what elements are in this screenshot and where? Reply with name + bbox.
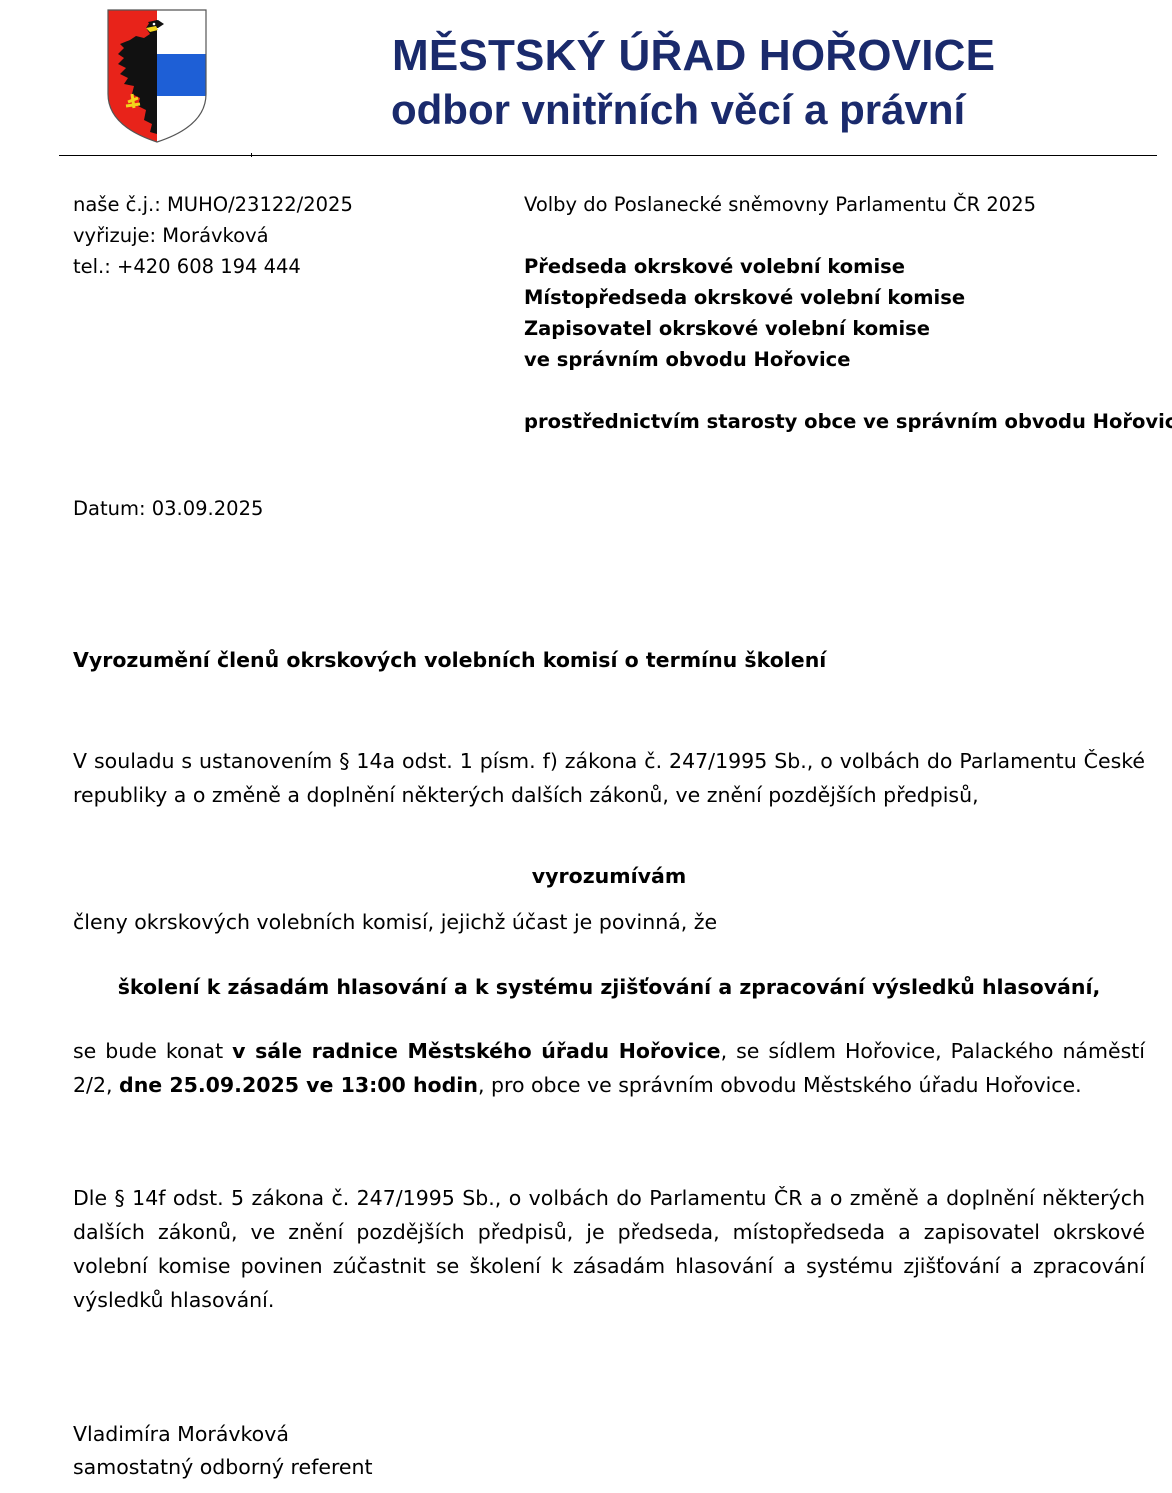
reference-number: naše č.j.: MUHO/23122/2025 xyxy=(73,189,353,220)
document-subject: Vyrozumění členů okrskových volebních ko… xyxy=(73,645,826,676)
recipient-district: ve správním obvodu Hořovice xyxy=(524,344,1172,375)
signer-name: Vladimíra Morávková xyxy=(73,1418,373,1451)
handled-by: vyřizuje: Morávková xyxy=(73,220,353,251)
recipient-chairman: Předseda okrskové volební komise xyxy=(524,251,1172,282)
training-venue: v sále radnice Městského úřadu Hořovice xyxy=(232,1039,720,1063)
recipient-recorder: Zapisovatel okrskové volební komise xyxy=(524,313,1172,344)
document-date: Datum: 03.09.2025 xyxy=(73,493,263,524)
horovice-coat-of-arms-icon xyxy=(106,8,208,144)
header-divider xyxy=(59,155,1157,156)
office-title: MĚSTSKÝ ÚŘAD HOŘOVICE xyxy=(392,30,1032,82)
addressee-block: Volby do Poslanecké sněmovny Parlamentu … xyxy=(524,189,1172,437)
obligation-paragraph: Dle § 14f odst. 5 zákona č. 247/1995 Sb.… xyxy=(73,1181,1145,1317)
election-subject: Volby do Poslanecké sněmovny Parlamentu … xyxy=(524,189,1172,220)
legal-basis-paragraph: V souladu s ustanovením § 14a odst. 1 pí… xyxy=(73,744,1145,812)
signature-block: Vladimíra Morávková samostatný odborný r… xyxy=(73,1418,373,1484)
text: se bude konat xyxy=(73,1039,232,1063)
signer-role: samostatný odborný referent xyxy=(73,1451,373,1484)
phone-number: tel.: +420 608 194 444 xyxy=(73,251,353,282)
reference-block: naše č.j.: MUHO/23122/2025 vyřizuje: Mor… xyxy=(73,189,353,282)
training-title: školení k zásadám hlasování a k systému … xyxy=(73,970,1145,1004)
divider-tick xyxy=(251,153,252,157)
delivery-via: prostřednictvím starosty obce ve správní… xyxy=(524,406,1172,437)
recipient-vice-chairman: Místopředseda okrskové volební komise xyxy=(524,282,1172,313)
training-datetime: dne 25.09.2025 ve 13:00 hodin xyxy=(119,1073,478,1097)
training-details-paragraph: se bude konat v sále radnice Městského ú… xyxy=(73,1034,1145,1102)
department-title: odbor vnitřních věcí a právní xyxy=(391,84,1031,136)
addressees-line: členy okrskových volebních komisí, jejic… xyxy=(73,905,717,939)
notice-word: vyrozumívám xyxy=(73,859,1145,893)
text: , pro obce ve správním obvodu Městského … xyxy=(478,1073,1082,1097)
